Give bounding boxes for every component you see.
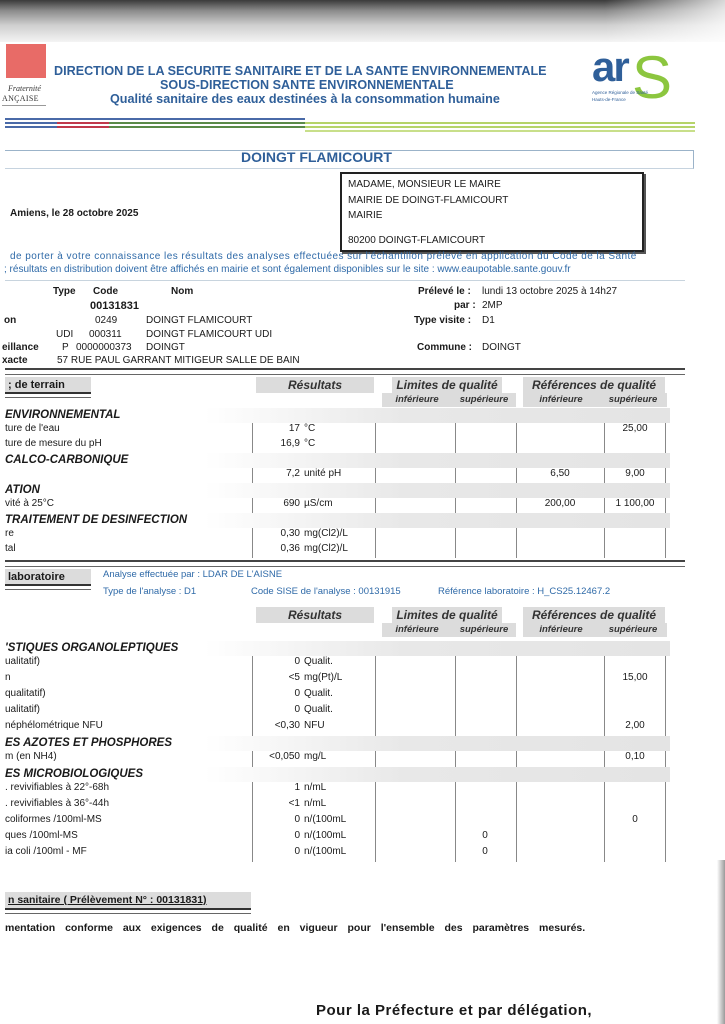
- divider: [5, 560, 685, 567]
- col-header-references: Références de qualité: [523, 607, 665, 623]
- column-divider: [604, 782, 605, 862]
- recipient-line: MAIRIE: [348, 210, 382, 221]
- parameter-name: m (en NH4): [5, 751, 57, 762]
- col-header-limites: Limites de qualité: [392, 607, 502, 623]
- header-stripes: [5, 118, 695, 132]
- preleve-le-value: lundi 13 octobre 2025 à 14h27: [482, 286, 617, 297]
- col-sub-references-superieure: supérieure: [599, 623, 667, 637]
- column-divider: [665, 656, 666, 736]
- sample-code: 00131831: [90, 300, 139, 312]
- recipient-line: MADAME, MONSIEUR LE MAIRE: [348, 179, 501, 190]
- col-header-references: Références de qualité: [523, 377, 665, 393]
- column-divider: [516, 528, 517, 558]
- city-date: Amiens, le 28 octobre 2025: [10, 208, 138, 219]
- limit-ref-inf: 6,50: [520, 468, 600, 479]
- limit-ref-sup: 15,00: [595, 672, 675, 683]
- lab-sise-code: Code SISE de l'analyse : 00131915: [251, 586, 401, 597]
- sample-row-code: 0000000373: [76, 342, 132, 353]
- direction-title: DIRECTION DE LA SECURITE SANITAIRE ET DE…: [54, 64, 547, 78]
- result-unit: n/(100mL: [304, 846, 346, 857]
- result-unit: n/mL: [304, 798, 326, 809]
- sample-row-label: eillance: [2, 342, 39, 353]
- ars-agency-name: Agence Régionale de Santé: [592, 90, 648, 95]
- result-unit: mg(Pt)/L: [304, 672, 342, 683]
- result-value: 0: [294, 688, 300, 699]
- result-value: <1: [289, 798, 300, 809]
- lab-analysis-type: Type de l'analyse : D1: [103, 586, 196, 597]
- divider: [5, 368, 685, 375]
- column-divider: [252, 468, 253, 483]
- parameter-name: ia coli /100ml - MF: [5, 846, 87, 857]
- limit-ref-sup: 0,10: [595, 751, 675, 762]
- column-divider: [375, 498, 376, 513]
- limit-ref-sup: 0: [595, 814, 675, 825]
- sample-row-code: 0249: [95, 315, 117, 326]
- result-value: 0: [294, 656, 300, 667]
- parameter-name: ture de mesure du pH: [5, 438, 102, 449]
- republic-motto: Fraternité: [8, 84, 41, 93]
- column-divider: [252, 528, 253, 558]
- col-code: Code: [93, 286, 118, 297]
- ars-logo-ar: ar: [592, 46, 628, 88]
- parameter-group-header: 'STIQUES ORGANOLEPTIQUES: [5, 641, 670, 656]
- sample-row-label: on: [4, 315, 16, 326]
- column-divider: [252, 423, 253, 453]
- par-value: 2MP: [482, 300, 503, 311]
- result-value: <0,050: [269, 751, 300, 762]
- col-sub-references-inferieure: inférieure: [523, 623, 599, 637]
- commune-value: DOINGT: [482, 342, 521, 353]
- column-divider: [516, 498, 517, 513]
- column-divider: [665, 528, 666, 558]
- col-sub-references-superieure: supérieure: [599, 393, 667, 407]
- parameter-group-header: ENVIRONNEMENTAL: [5, 408, 670, 423]
- column-divider: [252, 498, 253, 513]
- limit-ref-sup: 1 100,00: [595, 498, 675, 509]
- scan-edge-shadow: [0, 0, 725, 42]
- page-title: DOINGT FLAMICOURT: [241, 149, 392, 165]
- result-unit: mg(Cl2)/L: [304, 528, 348, 539]
- result-unit: Qualit.: [304, 688, 333, 699]
- parameter-name: ques /100ml-MS: [5, 830, 78, 841]
- par-label: par :: [454, 300, 476, 311]
- result-value: 7,2: [286, 468, 300, 479]
- result-unit: n/mL: [304, 782, 326, 793]
- column-divider: [455, 782, 456, 862]
- result-value: 1: [294, 782, 300, 793]
- column-divider: [665, 782, 666, 862]
- col-sub-limites-superieure: supérieure: [452, 623, 516, 637]
- column-divider: [665, 498, 666, 513]
- parameter-name: ualitatif): [5, 704, 40, 715]
- sample-address: 57 RUE PAUL GARRANT MITIGEUR SALLE DE BA…: [57, 355, 300, 366]
- intro-text: ; résultats en distribution doivent être…: [4, 264, 571, 275]
- result-unit: °C: [304, 438, 315, 449]
- col-sub-limites-inferieure: inférieure: [382, 393, 452, 407]
- parameter-group-header: TRAITEMENT DE DESINFECTION: [5, 513, 670, 528]
- col-type: Type: [53, 286, 76, 297]
- section-terrain-title: ; de terrain: [5, 377, 91, 393]
- result-value: 16,9: [281, 438, 300, 449]
- parameter-name: . revivifiables à 22°-68h: [5, 782, 109, 793]
- parameter-group-header: ES MICROBIOLOGIQUES: [5, 767, 670, 782]
- column-divider: [252, 782, 253, 862]
- col-sub-limites-inferieure: inférieure: [382, 623, 452, 637]
- column-divider: [455, 423, 456, 453]
- conclusion-title: n sanitaire ( Prélèvement N° : 00131831): [5, 892, 251, 908]
- sample-row-label: xacte: [2, 355, 28, 366]
- result-unit: µS/cm: [304, 498, 333, 509]
- column-divider: [375, 528, 376, 558]
- column-divider: [375, 782, 376, 862]
- lab-reference: Référence laboratoire : H_CS25.12467.2: [438, 586, 610, 597]
- result-value: 0: [294, 830, 300, 841]
- sample-row-nom: DOINGT FLAMICOURT UDI: [146, 329, 272, 340]
- col-sub-limites-superieure: supérieure: [452, 393, 516, 407]
- result-unit: NFU: [304, 720, 325, 731]
- parameter-group-header: ES AZOTES ET PHOSPHORES: [5, 736, 670, 751]
- column-divider: [516, 468, 517, 483]
- result-value: 0: [294, 704, 300, 715]
- republic-name: ANÇAISE: [2, 94, 39, 103]
- column-divider: [455, 468, 456, 483]
- divider: [5, 908, 251, 914]
- result-value: 17: [289, 423, 300, 434]
- intro-text: de porter à votre connaissance les résul…: [10, 251, 637, 262]
- column-divider: [455, 498, 456, 513]
- ars-region-name: Hauts-de-France: [592, 97, 626, 102]
- parameter-name: n: [5, 672, 11, 683]
- result-unit: mg/L: [304, 751, 326, 762]
- commune-label: Commune :: [417, 342, 472, 353]
- column-divider: [516, 423, 517, 453]
- recipient-line: 80200 DOINGT-FLAMICOURT: [348, 235, 485, 246]
- column-divider: [516, 782, 517, 862]
- type-visite-value: D1: [482, 315, 495, 326]
- limit-lim-sup: 0: [445, 830, 525, 841]
- result-value: 0: [294, 846, 300, 857]
- col-header-resultats: Résultats: [256, 607, 374, 623]
- limit-lim-sup: 0: [445, 846, 525, 857]
- col-header-resultats: Résultats: [256, 377, 374, 393]
- scan-edge-shadow-right: [717, 860, 725, 1024]
- column-divider: [455, 656, 456, 736]
- sample-row-nom: DOINGT FLAMICOURT: [146, 315, 252, 326]
- parameter-group-header: ATION: [5, 483, 670, 498]
- recipient-line: MAIRIE DE DOINGT-FLAMICOURT: [348, 195, 508, 206]
- col-sub-references-inferieure: inférieure: [523, 393, 599, 407]
- result-unit: unité pH: [304, 468, 341, 479]
- column-divider: [604, 656, 605, 736]
- result-unit: Qualit.: [304, 656, 333, 667]
- column-divider: [604, 423, 605, 453]
- parameter-name: . revivifiables à 36°-44h: [5, 798, 109, 809]
- divider: [5, 280, 685, 281]
- col-nom: Nom: [171, 286, 193, 297]
- sample-row-code: 000311: [89, 329, 122, 340]
- conclusion-text: mentation conforme aux exigences de qual…: [5, 922, 585, 934]
- parameter-name: re: [5, 528, 14, 539]
- parameter-name: ualitatif): [5, 656, 40, 667]
- ars-logo-s: S: [632, 48, 672, 108]
- column-divider: [665, 468, 666, 483]
- divider: [5, 584, 91, 590]
- column-divider: [375, 751, 376, 767]
- column-divider: [604, 528, 605, 558]
- result-value: <0,30: [275, 720, 300, 731]
- column-divider: [455, 528, 456, 558]
- column-divider: [252, 751, 253, 767]
- parameter-name: ture de l'eau: [5, 423, 60, 434]
- result-unit: Qualit.: [304, 704, 333, 715]
- result-value: 0: [294, 814, 300, 825]
- sub-direction-title: SOUS-DIRECTION SANTE ENVIRONNEMENTALE: [160, 78, 454, 92]
- divider: [2, 105, 46, 106]
- parameter-name: vité à 25°C: [5, 498, 54, 509]
- document-subtitle: Qualité sanitaire des eaux destinées à l…: [110, 92, 500, 106]
- marianne-logo-icon: [6, 44, 46, 78]
- divider: [5, 392, 91, 398]
- lab-analysed-by: Analyse effectuée par : LDAR DE L'AISNE: [103, 569, 282, 580]
- col-header-limites: Limites de qualité: [392, 377, 502, 393]
- column-divider: [375, 423, 376, 453]
- result-value: 0,36: [281, 543, 300, 554]
- column-divider: [665, 751, 666, 767]
- result-unit: n/(100mL: [304, 830, 346, 841]
- result-unit: n/(100mL: [304, 814, 346, 825]
- signature-line: Pour la Préfecture et par délégation,: [316, 1002, 592, 1019]
- section-lab-title: laboratoire: [5, 569, 91, 585]
- column-divider: [252, 656, 253, 736]
- limit-ref-sup: 25,00: [595, 423, 675, 434]
- result-value: 0,30: [281, 528, 300, 539]
- sample-row-type: P: [62, 342, 69, 353]
- result-unit: °C: [304, 423, 315, 434]
- sample-row-type: UDI: [56, 329, 73, 340]
- parameter-group-header: CALCO-CARBONIQUE: [5, 453, 670, 468]
- column-divider: [375, 468, 376, 483]
- type-visite-label: Type visite :: [414, 315, 471, 326]
- column-divider: [604, 751, 605, 767]
- parameter-name: qualitatif): [5, 688, 46, 699]
- result-value: <5: [289, 672, 300, 683]
- result-unit: mg(Cl2)/L: [304, 543, 348, 554]
- limit-ref-sup: 9,00: [595, 468, 675, 479]
- column-divider: [665, 423, 666, 453]
- column-divider: [455, 751, 456, 767]
- parameter-name: coliformes /100ml-MS: [5, 814, 102, 825]
- limit-ref-sup: 2,00: [595, 720, 675, 731]
- column-divider: [375, 656, 376, 736]
- column-divider: [516, 751, 517, 767]
- result-value: 690: [283, 498, 300, 509]
- limit-ref-inf: 200,00: [520, 498, 600, 509]
- preleve-le-label: Prélevé le :: [418, 286, 471, 297]
- column-divider: [604, 498, 605, 513]
- sample-row-nom: DOINGT: [146, 342, 185, 353]
- recipient-address: MADAME, MONSIEUR LE MAIRE MAIRIE DE DOIN…: [340, 172, 644, 252]
- parameter-name: néphélométrique NFU: [5, 720, 103, 731]
- parameter-name: tal: [5, 543, 16, 554]
- column-divider: [516, 656, 517, 736]
- column-divider: [604, 468, 605, 483]
